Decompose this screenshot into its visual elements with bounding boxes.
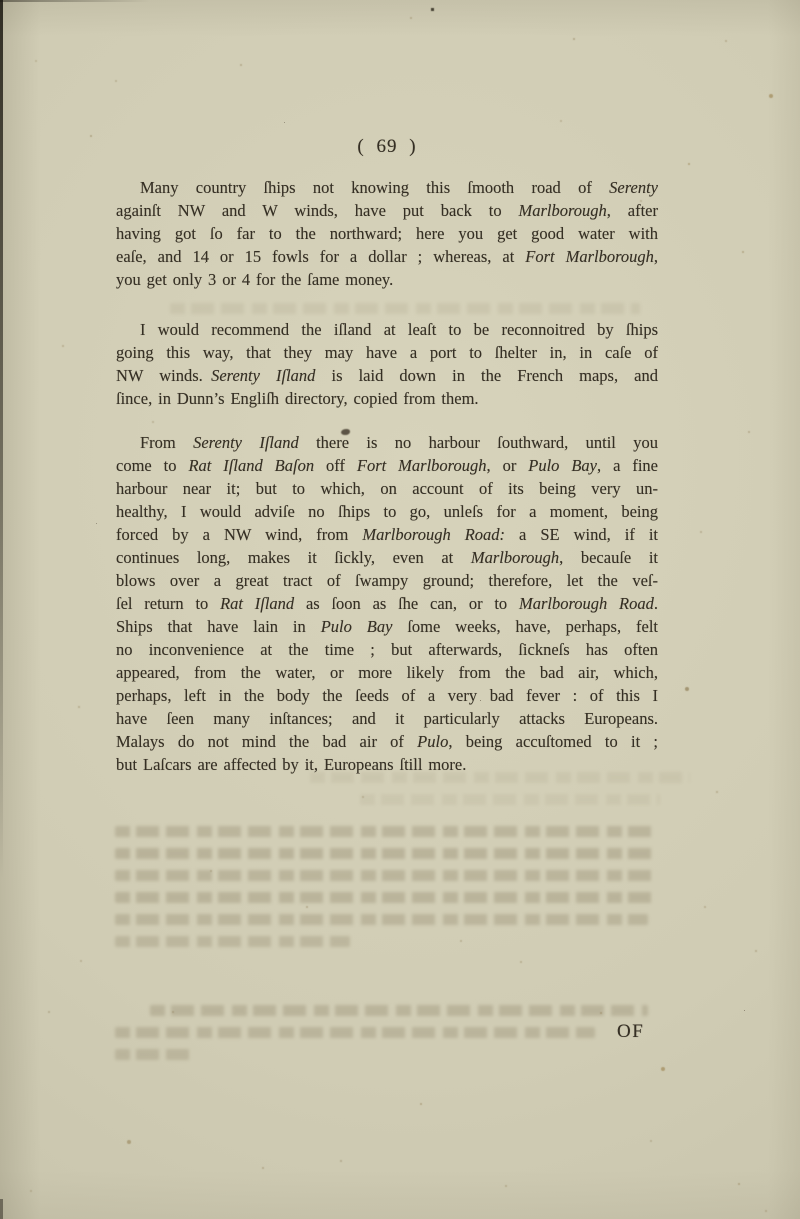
text-segment: as ſoon as ſhe can, or to (294, 594, 519, 613)
bleedthrough-line (115, 1049, 197, 1060)
paragraph: I would recommend the iſland at leaſt to… (116, 318, 658, 410)
text-segment: off (314, 456, 357, 475)
text-segment: Ships that have lain in (116, 617, 321, 636)
bleedthrough-line (115, 826, 655, 837)
page-number-text: ( 69 ) (357, 136, 416, 157)
italic-text-segment: Marlborough (518, 201, 606, 220)
italic-text-segment: Rat Iſland (220, 594, 294, 613)
italic-text-segment: Serenty Iſland (211, 366, 315, 385)
text-segment: having got ſo far to the northward; here… (116, 224, 658, 243)
text-line: going this way, that they may have a por… (116, 341, 658, 364)
italic-text-segment: Marlborough Road: (362, 525, 505, 544)
bleedthrough-line (115, 848, 655, 859)
bleedthrough-line (150, 1005, 648, 1016)
text-line: ſel return to Rat Iſland as ſoon as ſhe … (116, 592, 658, 615)
text-line: ſince, in Dunn’s Engliſh directory, copi… (116, 387, 658, 410)
text-segment: going this way, that they may have a por… (116, 343, 658, 362)
text-segment: I would recommend the iſland at leaſt to… (140, 320, 658, 339)
text-line: From Serenty Iſland there is no harbour … (116, 431, 658, 454)
text-line: harbour near it; but to which, on accoun… (116, 477, 658, 500)
text-line: NW winds. Serenty Iſland is laid down in… (116, 364, 658, 387)
text-segment: ſome weeks, have, perhaps, felt (392, 617, 658, 636)
page-number: ( 69 ) (116, 135, 658, 158)
scan-edge-corner (0, 1199, 3, 1219)
italic-text-segment: Pulo Bay (321, 617, 393, 636)
text-segment: , a fine (597, 456, 658, 475)
text-segment: is laid down in the French maps, and (315, 366, 658, 385)
text-segment: ſince, in Dunn’s Engliſh directory, copi… (116, 389, 479, 408)
text-line: having got ſo far to the northward; here… (116, 222, 658, 245)
italic-text-segment: Pulo Bay (528, 456, 597, 475)
text-segment: , after (607, 201, 658, 220)
text-line: have ſeen many inſtances; and it particu… (116, 707, 658, 730)
italic-text-segment: Serenty Iſland (193, 433, 299, 452)
text-line: come to Rat Iſland Baſon off Fort Marlbo… (116, 454, 658, 477)
italic-text-segment: Fort Marlborough (357, 456, 487, 475)
italic-text-segment: Marlborough Road (519, 594, 654, 613)
text-segment: a SE wind, if it (505, 525, 658, 544)
text-line: I would recommend the iſland at leaſt to… (116, 318, 658, 341)
text-line: forced by a NW wind, from Marlborough Ro… (116, 523, 658, 546)
bleedthrough-line (115, 892, 655, 903)
paragraph: Many country ſhips not knowing this ſmoo… (116, 176, 658, 291)
text-line: eaſe, and 14 or 15 fowls for a dollar ; … (116, 245, 658, 268)
text-line: but Laſcars are affected by it, European… (116, 753, 658, 776)
paragraph: From Serenty Iſland there is no harbour … (116, 431, 658, 776)
text-segment: eaſe, and 14 or 15 fowls for a dollar ; … (116, 247, 525, 266)
text-segment: From (140, 433, 193, 452)
text-segment: Many country ſhips not knowing this ſmoo… (140, 178, 609, 197)
bleedthrough-line (115, 936, 350, 947)
text-segment: harbour near it; but to which, on accoun… (116, 479, 658, 498)
text-segment: you get only 3 or 4 for the ſame money. (116, 270, 393, 289)
text-segment: there is no harbour ſouthward, until you (299, 433, 658, 452)
text-line: againſt NW and W winds, have put back to… (116, 199, 658, 222)
text-segment: healthy, I would adviſe no ſhips to go, … (116, 502, 658, 521)
text-segment: blows over a great tract of ſwampy groun… (116, 571, 658, 590)
italic-text-segment: Pulo (417, 732, 448, 751)
bleedthrough-line (360, 794, 660, 805)
text-line: you get only 3 or 4 for the ſame money. (116, 268, 658, 291)
italic-text-segment: Marlborough (471, 548, 559, 567)
text-line: blows over a great tract of ſwampy groun… (116, 569, 658, 592)
text-segment: have ſeen many inſtances; and it particu… (116, 709, 658, 728)
italic-text-segment: Fort Marlborough (525, 247, 654, 266)
text-line: Ships that have lain in Pulo Bay ſome we… (116, 615, 658, 638)
text-segment: , or (487, 456, 529, 475)
text-segment: ſel return to (116, 594, 220, 613)
text-segment: againſt NW and W winds, have put back to (116, 201, 518, 220)
text-segment: Malays do not mind the bad air of (116, 732, 417, 751)
italic-text-segment: Rat Iſland Baſon (188, 456, 314, 475)
text-segment: , being accuſtomed to it ; (448, 732, 658, 751)
text-segment: , becauſe it (559, 548, 658, 567)
scan-edge-left (0, 0, 3, 880)
text-segment: NW winds. (116, 366, 211, 385)
text-line: Many country ſhips not knowing this ſmoo… (116, 176, 658, 199)
scan-edge-top (0, 0, 150, 2)
text-segment: . (654, 594, 658, 613)
text-line: healthy, I would adviſe no ſhips to go, … (116, 500, 658, 523)
text-segment: forced by a NW wind, from (116, 525, 362, 544)
scanned-book-page: { "colors": { "paper": "#cfcbb3", "ink":… (0, 0, 800, 1219)
catchword: OF (617, 1020, 644, 1043)
text-block: Many country ſhips not knowing this ſmoo… (116, 176, 658, 776)
italic-text-segment: Serenty (609, 178, 658, 197)
text-segment: but Laſcars are affected by it, European… (116, 755, 466, 774)
text-line: continues long, makes it ſickly, even at… (116, 546, 658, 569)
bleedthrough-line (115, 1027, 595, 1038)
text-line: perhaps, left in the body the ſeeds of a… (116, 684, 658, 707)
bleedthrough-line (115, 870, 655, 881)
text-line: Malays do not mind the bad air of Pulo, … (116, 730, 658, 753)
text-line: no inconvenience at the time ; but after… (116, 638, 658, 661)
text-segment: no inconvenience at the time ; but after… (116, 640, 658, 659)
text-segment: , (654, 247, 658, 266)
ink-specks (0, 0, 1, 1)
bleedthrough-line (115, 914, 648, 925)
text-segment: continues long, makes it ſickly, even at (116, 548, 471, 567)
text-segment: perhaps, left in the body the ſeeds of a… (116, 686, 658, 705)
text-line: appeared, from the water, or more likely… (116, 661, 658, 684)
text-segment: come to (116, 456, 188, 475)
text-segment: appeared, from the water, or more likely… (116, 663, 658, 682)
